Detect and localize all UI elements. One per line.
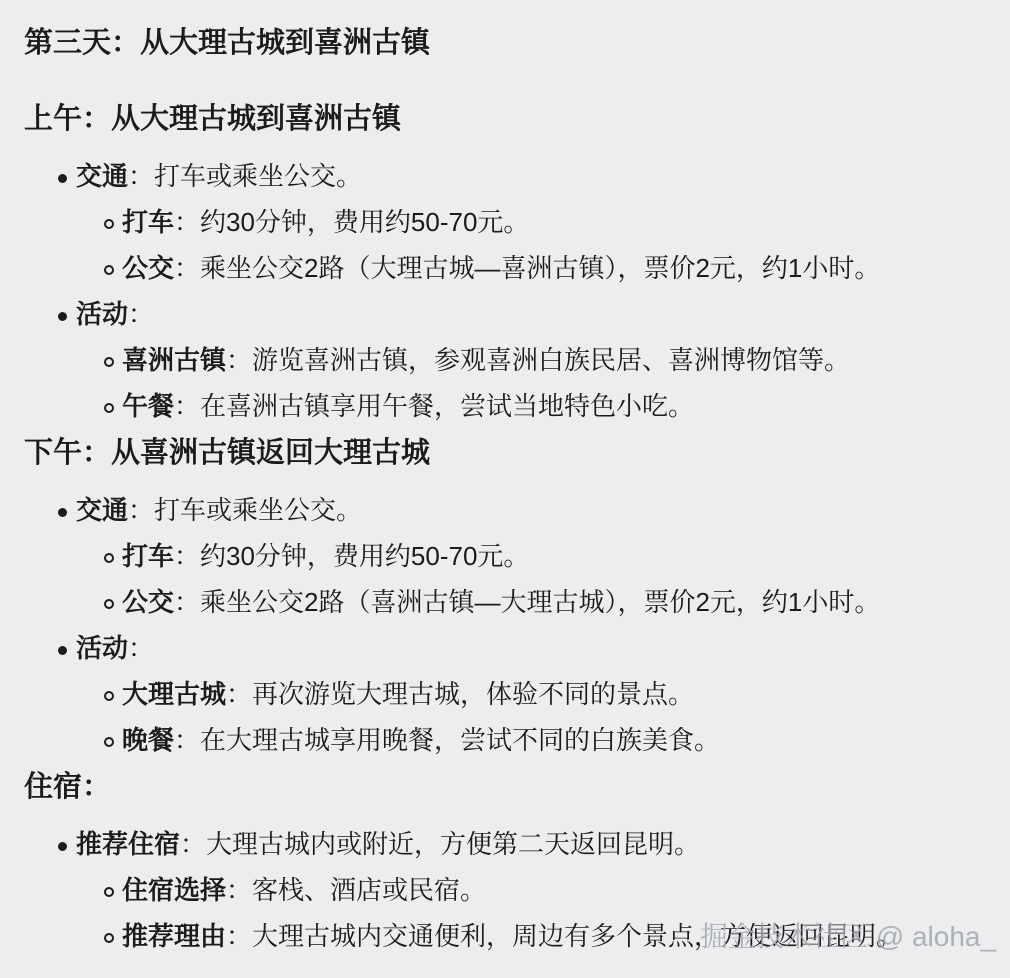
item-detail: ：约30分钟，费用约50-70元。 <box>174 541 529 571</box>
item-detail: ：在大理古城享用晚餐，尝试不同的白族美食。 <box>174 725 720 755</box>
item-detail: ：乘坐公交2路（大理古城—喜洲古镇），票价2元，约1小时。 <box>174 253 880 283</box>
bullet-circle-icon <box>104 933 114 943</box>
list-item-text: 交通：打车或乘坐公交。 <box>76 490 362 527</box>
list-item: 住宿选择：客栈、酒店或民宿。 <box>24 865 986 911</box>
item-label: 推荐住宿 <box>76 829 180 859</box>
item-detail: ：游览喜洲古镇，参观喜洲白族民居、喜洲博物馆等。 <box>226 345 850 375</box>
list-item: 交通：打车或乘坐公交。 <box>24 485 986 531</box>
item-label: 住宿选择 <box>122 875 226 905</box>
item-label: 交通 <box>76 495 128 525</box>
list-item-text: 喜洲古镇：游览喜洲古镇，参观喜洲白族民居、喜洲博物馆等。 <box>122 340 850 377</box>
item-label: 晚餐 <box>122 725 174 755</box>
list-item-text: 午餐：在喜洲古镇享用午餐，尝试当地特色小吃。 <box>122 386 694 423</box>
item-label: 午餐 <box>122 391 174 421</box>
item-label: 推荐理由 <box>122 921 226 951</box>
list-item-text: 公交：乘坐公交2路（大理古城—喜洲古镇），票价2元，约1小时。 <box>122 248 880 285</box>
list-item-text: 住宿选择：客栈、酒店或民宿。 <box>122 870 486 907</box>
list-item-text: 推荐住宿：大理古城内或附近，方便第二天返回昆明。 <box>76 824 700 861</box>
list-item-text: 打车：约30分钟，费用约50-70元。 <box>122 202 529 239</box>
bullet-dot-icon <box>58 646 67 655</box>
item-label: 打车 <box>122 207 174 237</box>
watermark: 掘金技术社区 @ aloha_ <box>700 920 996 954</box>
item-label: 公交 <box>122 587 174 617</box>
list-item: 活动： <box>24 289 986 335</box>
item-detail: ：大理古城内或附近，方便第二天返回昆明。 <box>180 829 700 859</box>
bullet-circle-icon <box>104 887 114 897</box>
list-item-text: 晚餐：在大理古城享用晚餐，尝试不同的白族美食。 <box>122 720 720 757</box>
morning-list: 交通：打车或乘坐公交。 打车：约30分钟，费用约50-70元。 公交：乘坐公交2… <box>24 151 986 427</box>
item-detail: ：乘坐公交2路（喜洲古镇—大理古城），票价2元，约1小时。 <box>174 587 880 617</box>
day-title: 第三天：从大理古城到喜洲古镇 <box>24 27 986 59</box>
list-item-text: 交通：打车或乘坐公交。 <box>76 156 362 193</box>
section-heading-afternoon: 下午：从喜洲古镇返回大理古城 <box>24 437 986 469</box>
list-item-text: 大理古城：再次游览大理古城，体验不同的景点。 <box>122 674 694 711</box>
item-label: 活动 <box>76 633 128 663</box>
item-label: 交通 <box>76 161 128 191</box>
list-item: 喜洲古镇：游览喜洲古镇，参观喜洲白族民居、喜洲博物馆等。 <box>24 335 986 381</box>
item-label: 大理古城 <box>122 679 226 709</box>
bullet-circle-icon <box>104 219 114 229</box>
list-item: 推荐住宿：大理古城内或附近，方便第二天返回昆明。 <box>24 819 986 865</box>
bullet-dot-icon <box>58 842 67 851</box>
bullet-circle-icon <box>104 553 114 563</box>
item-detail: ： <box>128 299 154 329</box>
list-item: 晚餐：在大理古城享用晚餐，尝试不同的白族美食。 <box>24 715 986 761</box>
item-label: 活动 <box>76 299 128 329</box>
item-detail: ：客栈、酒店或民宿。 <box>226 875 486 905</box>
item-label: 打车 <box>122 541 174 571</box>
item-detail: ：约30分钟，费用约50-70元。 <box>174 207 529 237</box>
list-item-text: 活动： <box>76 628 154 665</box>
item-label: 喜洲古镇 <box>122 345 226 375</box>
bullet-dot-icon <box>58 508 67 517</box>
list-item: 交通：打车或乘坐公交。 <box>24 151 986 197</box>
bullet-circle-icon <box>104 691 114 701</box>
item-detail: ： <box>128 633 154 663</box>
list-item: 打车：约30分钟，费用约50-70元。 <box>24 197 986 243</box>
item-label: 公交 <box>122 253 174 283</box>
list-item: 公交：乘坐公交2路（喜洲古镇—大理古城），票价2元，约1小时。 <box>24 577 986 623</box>
section-heading-morning: 上午：从大理古城到喜洲古镇 <box>24 103 986 135</box>
section-heading-lodging: 住宿： <box>24 771 986 803</box>
list-item: 大理古城：再次游览大理古城，体验不同的景点。 <box>24 669 986 715</box>
list-item-text: 打车：约30分钟，费用约50-70元。 <box>122 536 529 573</box>
bullet-circle-icon <box>104 403 114 413</box>
list-item: 午餐：在喜洲古镇享用午餐，尝试当地特色小吃。 <box>24 381 986 427</box>
bullet-circle-icon <box>104 737 114 747</box>
item-detail: ：打车或乘坐公交。 <box>128 161 362 191</box>
bullet-dot-icon <box>58 174 67 183</box>
bullet-circle-icon <box>104 357 114 367</box>
itinerary-document: 第三天：从大理古城到喜洲古镇 上午：从大理古城到喜洲古镇 交通：打车或乘坐公交。… <box>0 0 1010 957</box>
item-detail: ：再次游览大理古城，体验不同的景点。 <box>226 679 694 709</box>
list-item-text: 活动： <box>76 294 154 331</box>
item-detail: ：打车或乘坐公交。 <box>128 495 362 525</box>
list-item-text: 公交：乘坐公交2路（喜洲古镇—大理古城），票价2元，约1小时。 <box>122 582 880 619</box>
list-item: 公交：乘坐公交2路（大理古城—喜洲古镇），票价2元，约1小时。 <box>24 243 986 289</box>
bullet-dot-icon <box>58 312 67 321</box>
bullet-circle-icon <box>104 265 114 275</box>
afternoon-list: 交通：打车或乘坐公交。 打车：约30分钟，费用约50-70元。 公交：乘坐公交2… <box>24 485 986 761</box>
bullet-circle-icon <box>104 599 114 609</box>
item-detail: ：在喜洲古镇享用午餐，尝试当地特色小吃。 <box>174 391 694 421</box>
list-item: 活动： <box>24 623 986 669</box>
list-item: 打车：约30分钟，费用约50-70元。 <box>24 531 986 577</box>
